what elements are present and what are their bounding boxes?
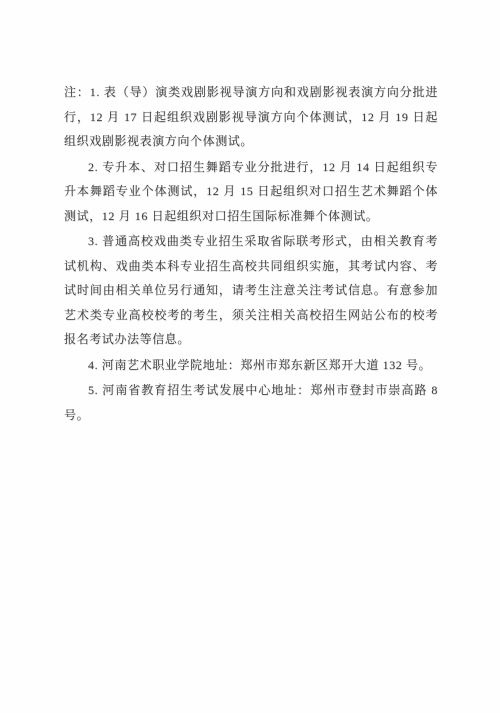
note-item-2: 2. 专升本、对口招生舞蹈专业分批进行，12 月 14 日起组织专升本舞蹈专业个… — [64, 155, 438, 229]
notes-section: 注：1. 表（导）演类戏剧影视导演方向和戏剧影视表演方向分批进行，12 月 17… — [64, 80, 438, 428]
document-page: 注：1. 表（导）演类戏剧影视导演方向和戏剧影视表演方向分批进行，12 月 17… — [0, 0, 500, 713]
note-item-1: 注：1. 表（导）演类戏剧影视导演方向和戏剧影视表演方向分批进行，12 月 17… — [64, 80, 438, 154]
note-item-4: 4. 河南艺术职业学院地址：郑州市郑东新区郑开大道 132 号。 — [64, 353, 438, 378]
note-item-3: 3. 普通高校戏曲类专业招生采取省际联考形式，由相关教育考试机构、戏曲类本科专业… — [64, 229, 438, 352]
note-item-5: 5. 河南省教育招生考试发展中心地址：郑州市登封市崇高路 8 号。 — [64, 378, 438, 427]
